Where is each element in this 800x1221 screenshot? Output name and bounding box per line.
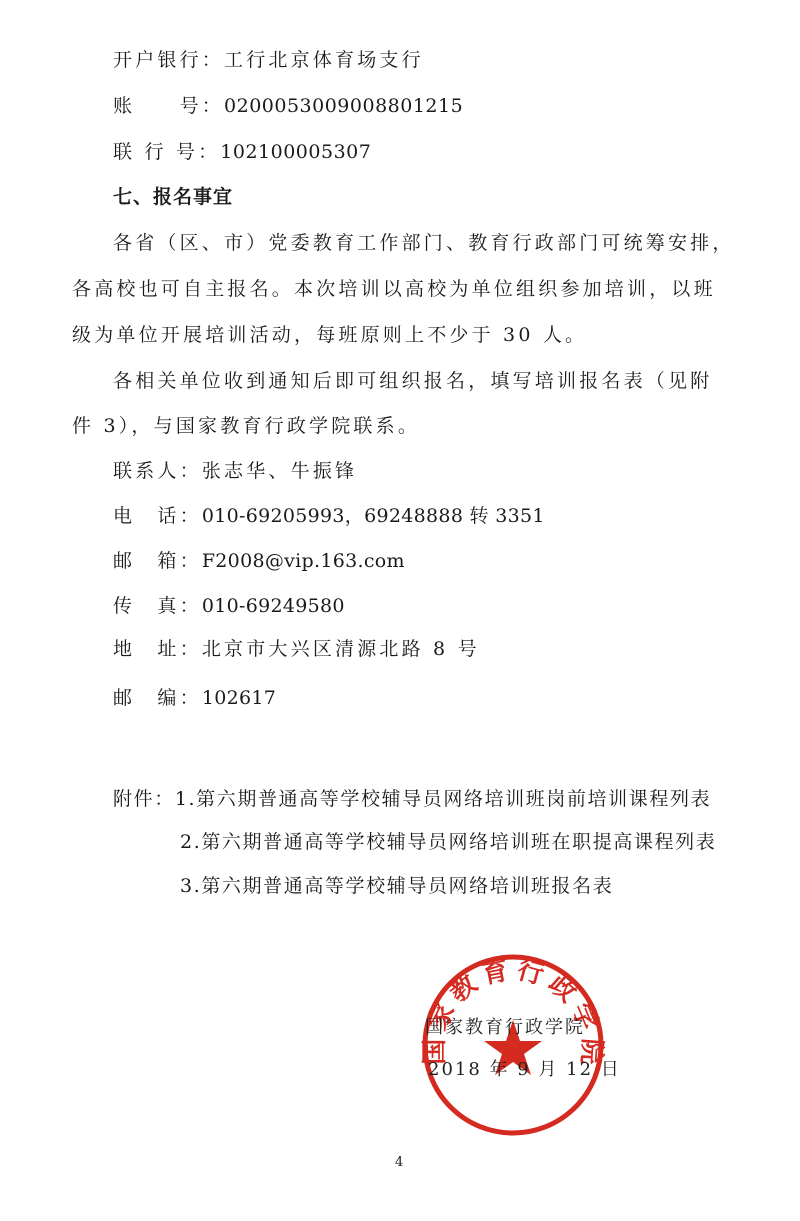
clearing-number-label: 联 行 号： — [113, 141, 220, 163]
contact-person-label: 联系人： — [113, 460, 202, 482]
postcode-row: 邮 编：102617 — [113, 685, 276, 711]
paragraph-line: 各高校也可自主报名。本次培训以高校为单位组织参加培训，以班 — [72, 276, 716, 302]
address-row: 地 址：北京市大兴区清源北路 8 号 — [113, 636, 480, 662]
paragraph-line: 件 3），与国家教育行政学院联系。 — [72, 413, 420, 439]
account-row: 账 号：0200053009008801215 — [113, 93, 463, 119]
attachments-label: 附件： — [113, 788, 175, 810]
fax-value: 010-69249580 — [202, 595, 345, 617]
fax-row: 传 真：010-69249580 — [113, 593, 345, 619]
attachment-item: 1.第六期普通高等学校辅导员网络培训班岗前培训课程列表 — [175, 788, 711, 810]
postcode-label: 邮 编： — [113, 687, 202, 709]
attachment-row: 附件：1.第六期普通高等学校辅导员网络培训班岗前培训课程列表 — [113, 786, 711, 812]
attachment-item: 3.第六期普通高等学校辅导员网络培训班报名表 — [180, 873, 613, 899]
contact-person-row: 联系人：张志华、牛振锋 — [113, 458, 357, 484]
clearing-number-value: 102100005307 — [220, 141, 371, 163]
phone-label: 电 话： — [113, 505, 202, 527]
paragraph-line: 各省（区、市）党委教育工作部门、教育行政部门可统筹安排， — [113, 230, 735, 256]
address-value: 北京市大兴区清源北路 8 号 — [202, 638, 480, 660]
bank-name-value: 工行北京体育场支行 — [224, 49, 424, 71]
phone-row: 电 话：010-69205993，69248888 转 3351 — [113, 503, 545, 529]
phone-value: 010-69205993，69248888 转 3351 — [202, 505, 545, 527]
section-heading: 七、报名事宜 — [113, 184, 233, 210]
postcode-value: 102617 — [202, 687, 276, 709]
contact-person-value: 张志华、牛振锋 — [202, 460, 357, 482]
bank-name-row: 开户银行：工行北京体育场支行 — [113, 47, 424, 73]
email-label: 邮 箱： — [113, 550, 202, 572]
page-number: 4 — [395, 1155, 403, 1170]
email-row: 邮 箱：F2008@vip.163.com — [113, 548, 405, 574]
clearing-number-row: 联 行 号：102100005307 — [113, 139, 371, 165]
account-value: 0200053009008801215 — [224, 95, 463, 117]
paragraph-line: 级为单位开展培训活动，每班原则上不少于 30 人。 — [72, 322, 587, 348]
fax-label: 传 真： — [113, 595, 202, 617]
account-label: 账 号： — [113, 95, 224, 117]
paragraph-line: 各相关单位收到通知后即可组织报名，填写培训报名表（见附 — [113, 368, 712, 394]
address-label: 地 址： — [113, 638, 202, 660]
attachment-item: 2.第六期普通高等学校辅导员网络培训班在职提高课程列表 — [180, 829, 716, 855]
signature-organization: 国家教育行政学院 — [425, 1013, 585, 1039]
email-value[interactable]: F2008@vip.163.com — [202, 550, 405, 572]
signature-date: 2018 年 9 月 12 日 — [428, 1055, 621, 1081]
official-seal-icon: 国家教育行政学院 — [418, 950, 608, 1140]
bank-name-label: 开户银行： — [113, 49, 224, 71]
